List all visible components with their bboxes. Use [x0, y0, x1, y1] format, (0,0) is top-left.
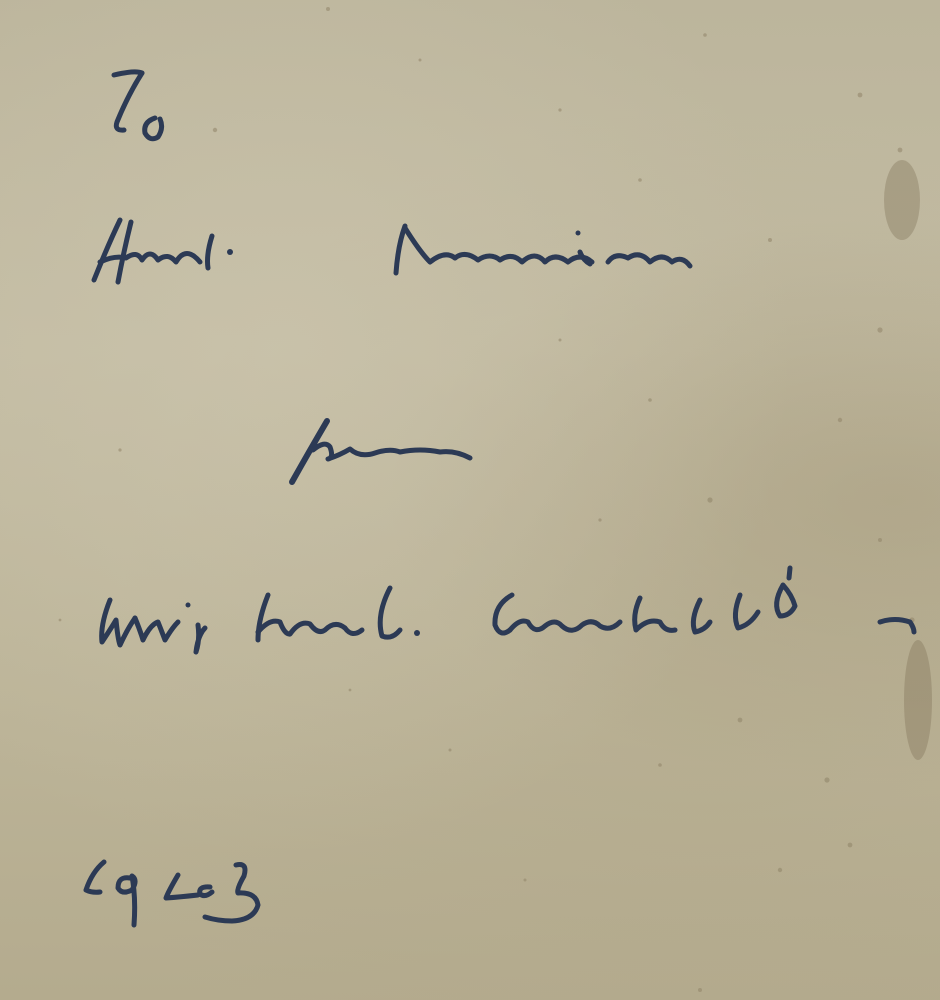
salutation-handwriting	[114, 72, 162, 139]
recipient-handwriting	[94, 220, 690, 282]
from-handwriting	[292, 421, 470, 482]
year-handwriting	[86, 862, 258, 925]
handwriting	[0, 0, 940, 1000]
signature-handwriting	[102, 568, 914, 652]
